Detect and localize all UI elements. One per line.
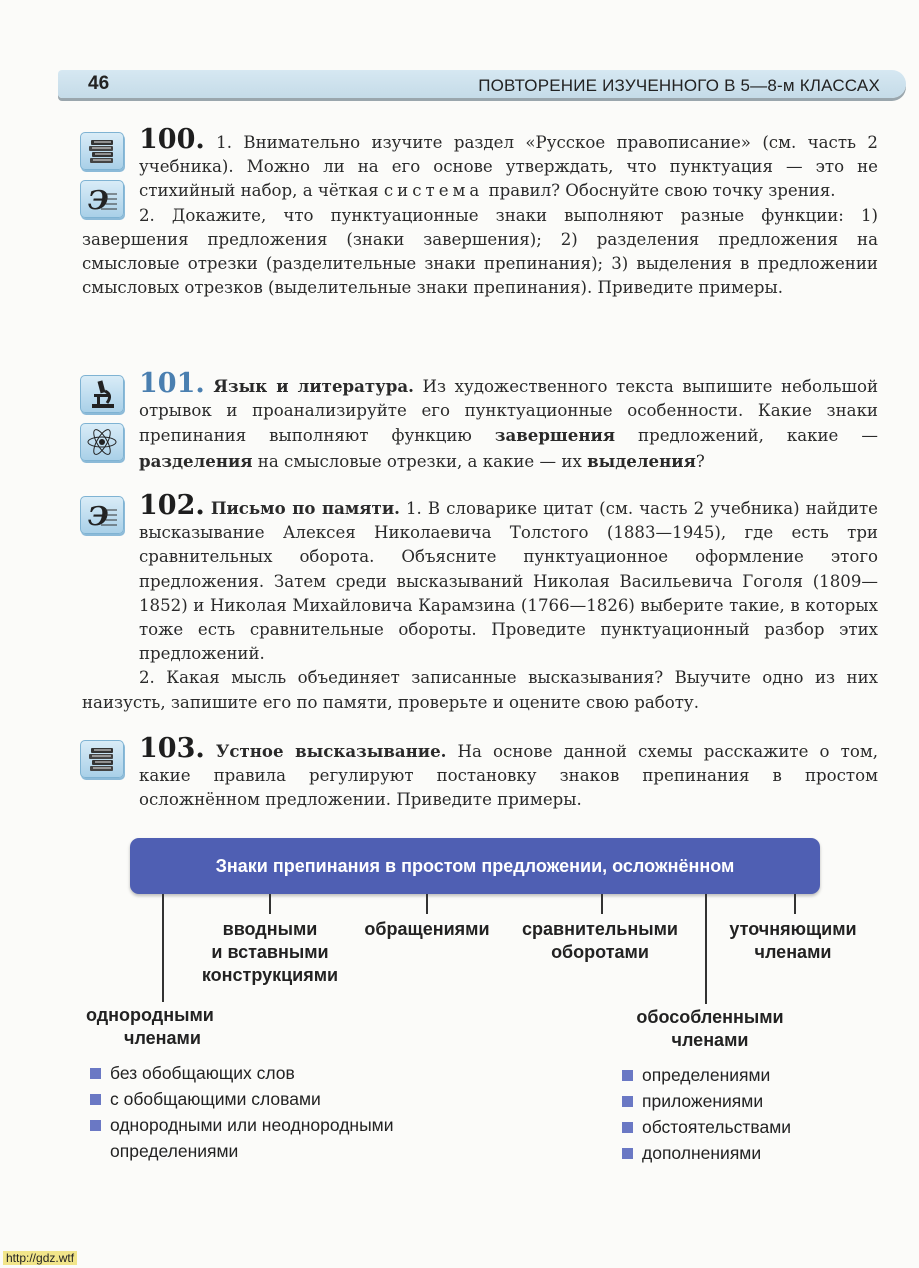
connector-line <box>794 894 796 914</box>
diagram-title: Знаки препинания в простом предложении, … <box>130 838 820 894</box>
exercise-102-part-2: 2. Какая мысль объединяет записанные выс… <box>82 666 878 714</box>
list-item: дополнениями <box>622 1140 842 1166</box>
emphasis: система <box>384 181 483 200</box>
exercise-title: Устное высказывание. <box>216 741 447 761</box>
exercise-number: 103. <box>139 733 205 764</box>
branch-homogeneous: однородными членами <box>86 1004 246 1050</box>
list-item: с обобщающими словами <box>90 1086 470 1112</box>
exercise-102: 102. Письмо по памяти. 1. В словарике ци… <box>82 494 878 715</box>
exercise-103: 103. Устное высказывание. На основе данн… <box>82 737 878 813</box>
list-item: без обобщающих слов <box>90 1060 470 1086</box>
exercise-number: 102. <box>139 490 205 521</box>
exercise-number: 100. <box>139 124 205 155</box>
branch-clarifying: уточняющими членами <box>718 918 868 964</box>
branch-isolated: обособленными членами <box>620 1006 800 1052</box>
exercise-100: 100. 1. Внимательно изучите раздел «Русс… <box>82 128 878 300</box>
list-item: обстоятельствами <box>622 1114 842 1140</box>
exercise-title: Письмо по памяти. <box>211 498 400 518</box>
list-item: приложениями <box>622 1088 842 1114</box>
connector-line <box>601 894 603 914</box>
exercise-100-part-2: 2. Докажите, что пунктуационные знаки вы… <box>82 204 878 301</box>
isolated-list: определениями приложениями обстоятельств… <box>622 1062 842 1166</box>
branch-introductory: вводными и вставными конструкциями <box>190 918 350 987</box>
list-item: определениями <box>622 1062 842 1088</box>
connector-line <box>426 894 428 914</box>
exercise-101: 101. Язык и литература. Из художественно… <box>82 372 878 474</box>
list-item: однородными или неоднородными определени… <box>90 1112 450 1164</box>
punctuation-scheme-diagram: Знаки препинания в простом предложении, … <box>80 838 870 1178</box>
connector-line <box>705 894 707 1004</box>
watermark-link[interactable]: http://gdz.wtf <box>3 1251 77 1265</box>
page-number: 46 <box>88 73 109 95</box>
branch-addresses: обращениями <box>352 918 502 941</box>
running-header: 46 ПОВТОРЕНИЕ ИЗУЧЕННОГО В 5—8-м КЛАССАХ <box>58 70 906 98</box>
connector-line <box>269 894 271 914</box>
homogeneous-list: без обобщающих слов с обобщающими словам… <box>90 1060 470 1164</box>
branch-comparative: сравнительными оборотами <box>510 918 690 964</box>
exercise-title: Язык и литература. <box>213 376 414 396</box>
connector-line <box>162 894 164 1002</box>
exercise-number: 101. <box>139 368 205 399</box>
exercise-100-part-1: 100. 1. Внимательно изучите раздел «Русс… <box>82 128 878 204</box>
running-title: ПОВТОРЕНИЕ ИЗУЧЕННОГО В 5—8-м КЛАССАХ <box>478 76 880 96</box>
